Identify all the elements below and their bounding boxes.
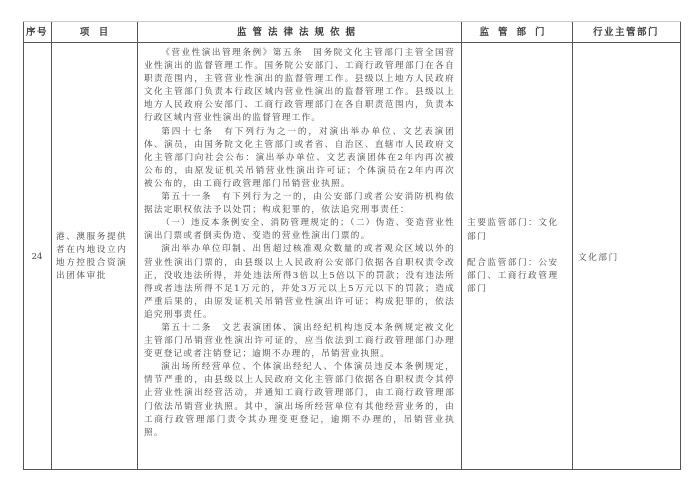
legal-paragraph: 演出场所经营单位、个体演出经纪人、个体演员违反本条例规定，情节严重的，由县级以上… <box>144 361 455 440</box>
header-supervision-dept: 监管部门 <box>461 22 572 43</box>
primary-supervision-dept: 主要监管部门：文化部门 <box>467 217 568 243</box>
legal-paragraph: 《营业性演出管理条例》第五条 国务院文化主管部门主管全国营业性演出的监督管理工作… <box>144 47 455 126</box>
header-seq: 序号 <box>23 22 51 43</box>
row-item: 港、澳服务提供者在内地设立内地方控股合资演出团体审批 <box>51 43 137 471</box>
seq-number: 24 <box>32 252 43 262</box>
legal-paragraph: 第五十二条 文艺表演团体、演出经纪机构违反本条例规定被文化主管部门吊销营业性演出… <box>144 322 455 361</box>
column-divider <box>680 22 681 469</box>
regulation-table: 序号 项 目 监管法律法规依据 监管部门 行业主管部门 24 港、澳服务提供者在… <box>23 21 681 470</box>
row-supervision-dept: 主要监管部门：文化部门 配合监管部门：公安部门、工商行政管理部门 <box>461 43 572 471</box>
legal-paragraph: 演出举办单位印制、出售超过核准观众数量的或者观众区域以外的营业性演出门票的，由县… <box>144 243 455 322</box>
header-item: 项 目 <box>51 22 137 43</box>
row-industry-dept: 文化部门 <box>572 43 680 471</box>
legal-paragraph: 第四十七条 有下列行为之一的，对演出举办单位、文艺表演团体、演员，由国务院文化主… <box>144 126 455 191</box>
header-industry-dept: 行业主管部门 <box>572 22 680 43</box>
row-legal-basis: 《营业性演出管理条例》第五条 国务院文化主管部门主管全国营业性演出的监督管理工作… <box>137 43 461 440</box>
legal-paragraph: （一）违反本条例安全、消防管理规定的；（二）伪造、变造营业性演出门票或者倒卖伪造… <box>144 217 455 243</box>
row-seq: 24 <box>23 43 51 471</box>
legal-paragraph: 第五十一条 有下列行为之一的，由公安部门或者公安消防机构依据法定职权依法予以处罚… <box>144 191 455 217</box>
assisting-supervision-dept: 配合监管部门：公安部门、工商行政管理部门 <box>467 257 568 297</box>
industry-dept-name: 文化部门 <box>578 251 619 263</box>
header-legal-basis: 监管法律法规依据 <box>137 22 461 43</box>
item-name: 港、澳服务提供者在内地设立内地方控股合资演出团体审批 <box>56 231 132 284</box>
